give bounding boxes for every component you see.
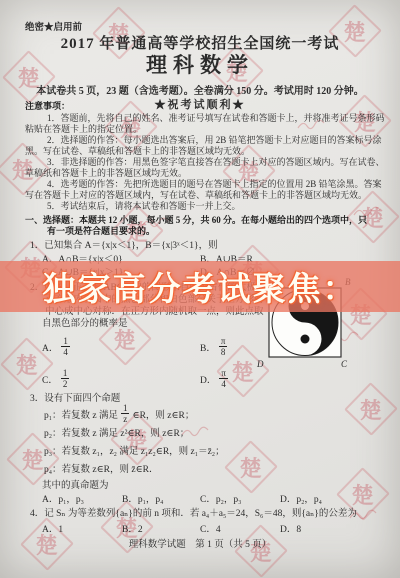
question-2-option-c: C． 12: [42, 368, 72, 389]
question-2-option-b: B． π8: [200, 336, 230, 357]
question-3-option-d: D．p₂，p₄: [280, 495, 322, 506]
page-footer: 理科数学试题 第 1 页（共 5 页）: [0, 540, 400, 551]
question-4-option-c: C．4: [200, 525, 221, 536]
p1-suffix: ∈R，则 z∈R；: [133, 407, 195, 421]
question-1-stem: 1．已知集合 A＝{x|x＜1}，B＝{x|3ˣ＜1}，则: [30, 241, 218, 252]
question-3-p4: p₄：若复数 z∈R，则 z̄∈R．: [44, 465, 158, 476]
question-2-option-a: A． 14: [42, 336, 73, 357]
notice-item-1: 1．答题前，先将自己的姓名、准考证号填写在试卷和答题卡上，并将准考证号条形码: [47, 113, 385, 124]
question-4-option-a: A．1: [42, 525, 63, 536]
notice-item-2: 2．选择题的作答：每小题选出答案后，用 2B 铅笔把答题卡上对应题目的答案标号涂: [47, 135, 382, 146]
question-4-stem: 4．记 Sₙ 为等差数列{aₙ}的前 n 项和．若 a₄＋a₅＝24，S₆＝48…: [30, 509, 357, 520]
fraction: 1z: [121, 403, 130, 424]
question-3-p3: p₃：若复数 z₁，z₂ 满足 z₁z₂∈R，则 z₁＝z̄₂；: [44, 447, 225, 458]
section-1-heading-cont: 有一项是符合题目要求的。: [47, 226, 155, 237]
question-3-p2: p₂：若复数 z 满足 z²∈R，则 z∈R；: [44, 429, 189, 440]
figure-corner-c: C: [341, 359, 347, 369]
question-3-option-a: A．p₁，p₃: [42, 495, 84, 506]
figure-corner-d: D: [257, 359, 264, 369]
seal-stamp: 楚: [6, 432, 60, 486]
promo-watermark-banner: 独家高分考试聚焦：: [0, 261, 400, 312]
question-3-option-c: C．p₂，p₃: [200, 495, 241, 506]
exam-info: 本试卷共 5 页，23 题（含选考题）。全卷满分 150 分。考试用时 120 …: [0, 86, 400, 97]
notice-item-3: 3．非选择题的作答：用黑色签字笔直接答在答题卡上对应的答题区域内。写在试卷、: [47, 157, 385, 168]
question-3-option-b: B．p₁，p₄: [122, 495, 163, 506]
fraction: 12: [61, 368, 70, 389]
option-label: B．: [200, 340, 216, 354]
notice-item-4-cont: 写在答题卡上对应的答题区域内，写在试卷、草稿纸和答题卡上的非答题区域均无效。: [25, 190, 367, 201]
exam-paper-page: 楚 楚 楚 楚 楚 楚 楚 楚 楚 楚 楚 楚 楚 楚 楚 楚 楚 楚 楚 楚 …: [0, 0, 400, 578]
fraction: π4: [219, 368, 228, 389]
p1-prefix: p₁：若复数 z 满足: [44, 407, 118, 421]
notice-item-2-cont: 黑。写在试卷、草稿纸和答题卡上的非答题区域均无效。: [25, 146, 250, 157]
option-label: D．: [200, 372, 216, 386]
question-4-option-b: B．2: [122, 525, 143, 536]
notice-label: 注意事项：: [25, 101, 70, 112]
question-2-option-d: D． π4: [200, 368, 231, 389]
section-1-heading: 一、选择题：本题共 12 小题，每小题 5 分，共 60 分。在每小题给出的四个…: [25, 215, 367, 226]
option-label: A．: [42, 340, 58, 354]
classification-label: 绝密★启用前: [25, 23, 82, 34]
fraction: π8: [219, 336, 228, 357]
notice-item-3-cont: 草稿纸和答题卡上的非答题区域均无效。: [25, 168, 187, 179]
notice-item-1-cont: 粘贴在答题卡上的指定位置。: [25, 124, 142, 135]
fraction: 14: [61, 336, 70, 357]
question-2-stem-l4: 自黑色部分的概率是: [42, 319, 128, 330]
seal-stamp: 楚: [224, 440, 278, 494]
question-3-p1: p₁：若复数 z 满足 1z ∈R，则 z∈R；: [44, 403, 194, 424]
question-4-option-d: D．8: [280, 525, 301, 536]
option-label: C．: [42, 372, 58, 386]
exam-title: 2017 年普通高等学校招生全国统一考试: [0, 39, 400, 50]
seal-stamp: 楚: [344, 382, 398, 436]
exam-subject: 理科数学: [0, 60, 400, 71]
promo-watermark-text: 独家高分考试聚焦：: [43, 263, 358, 310]
notice-item-4: 4．选考题的作答：先把所选题目的题号在答题卡上指定的位置用 2B 铅笔涂黑。答案: [47, 179, 382, 190]
question-3-conclusion: 其中的真命题为: [42, 481, 109, 492]
notice-item-5: 5．考试结束后，请将本试卷和答题卡一并上交。: [47, 201, 241, 212]
